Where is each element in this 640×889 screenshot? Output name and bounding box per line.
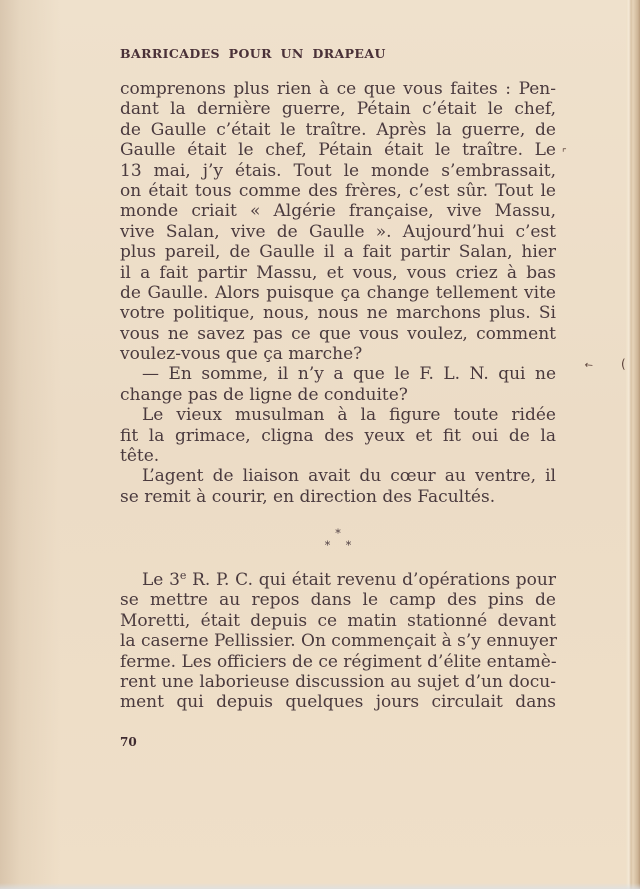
text-line: Gaulle était le chef, Pétain était le tr… <box>120 140 556 160</box>
text-line: tête. <box>120 446 556 466</box>
text-line: de Gaulle c’était le traître. Après la g… <box>120 120 556 140</box>
text-fragment: Le 3 <box>142 570 180 590</box>
text-line: se mettre au repos dans le camp des pins… <box>120 590 556 610</box>
body-text-section-2: Le 3e R. P. C. qui était revenu d’opérat… <box>120 570 556 713</box>
text-line-paragraph-start: Le vieux musulman à la figure toute ridé… <box>120 405 556 425</box>
body-text-section-1: comprenons plus rien à ce que vous faite… <box>120 79 556 507</box>
text-line: votre politique, nous, nous ne marchons … <box>120 303 556 323</box>
page-edge <box>626 0 640 889</box>
text-line: change pas de ligne de conduite? <box>120 385 556 405</box>
text-line: comprenons plus rien à ce que vous faite… <box>120 79 556 99</box>
text-line: monde criait « Algérie française, vive M… <box>120 201 556 221</box>
text-line: la caserne Pellissier. On commençait à s… <box>120 631 556 651</box>
page-number: 70 <box>120 735 137 749</box>
pencil-mark: ( <box>621 357 626 371</box>
text-line: voulez-vous que ça marche? <box>120 344 556 364</box>
running-head: BARRICADES POUR UN DRAPEAU <box>120 46 386 61</box>
pencil-mark: ⌜ <box>562 148 567 159</box>
text-line: plus pareil, de Gaulle il a fait partir … <box>120 242 556 262</box>
text-line: se remit à courir, en direction des Facu… <box>120 487 556 507</box>
text-line: 13 mai, j’y étais. Tout le monde s’embra… <box>120 161 556 181</box>
text-line: ferme. Les officiers de ce régiment d’él… <box>120 652 556 672</box>
text-fragment: R. P. C. qui était revenu d’opérations p… <box>186 570 556 590</box>
text-line: il a fait partir Massu, et vous, vous cr… <box>120 263 556 283</box>
text-line: dant la dernière guerre, Pétain c’était … <box>120 99 556 119</box>
section-separator-asterism: * * * <box>318 528 358 552</box>
text-line-paragraph-start: Le 3e R. P. C. qui était revenu d’opérat… <box>120 570 556 590</box>
text-line: on était tous comme des frères, c’est sû… <box>120 181 556 201</box>
text-line: fit la grimace, cligna des yeux et fit o… <box>120 426 556 446</box>
text-line: de Gaulle. Alors puisque ça change telle… <box>120 283 556 303</box>
text-line: vive Salan, vive de Gaulle ». Aujourd’hu… <box>120 222 556 242</box>
book-page: BARRICADES POUR UN DRAPEAU comprenons pl… <box>0 0 640 889</box>
text-line-dialogue: — En somme, il n’y a que le F. L. N. qui… <box>120 364 556 384</box>
page-bottom-edge <box>0 883 640 889</box>
text-line: vous ne savez pas ce que vous voulez, co… <box>120 324 556 344</box>
text-line: Moretti, était depuis ce matin stationné… <box>120 611 556 631</box>
pencil-mark: ↖ <box>582 359 595 373</box>
asterism-bottom: * * <box>324 540 358 552</box>
text-line: ment qui depuis quelques jours circulait… <box>120 692 556 712</box>
text-line: rent une laborieuse discussion au sujet … <box>120 672 556 692</box>
text-line-paragraph-start: L’agent de liaison avait du cœur au vent… <box>120 466 556 486</box>
